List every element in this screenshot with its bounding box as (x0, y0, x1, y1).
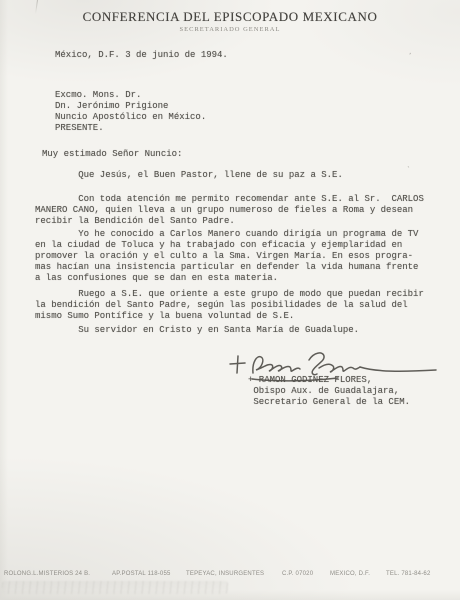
signature-typed-block: + RAMON GODINEZ FLORES, Obispo Aux. de G… (248, 375, 410, 408)
closing-line: Su servidor en Cristo y en Santa María d… (35, 325, 359, 336)
footer-address: ROLONG.L.MISTERIOS 24 B. (4, 571, 90, 577)
scanned-letter-page: { "page": { "paper_color": "#f4f3ef", "i… (0, 0, 460, 600)
recipient-address-block: Excmo. Mons. Dr. Dn. Jerónimo Prigione N… (55, 90, 206, 134)
footer-phone: TEL. 781-84-62 (386, 571, 431, 577)
footer-city: MEXICO, D.F. (330, 571, 370, 577)
body-paragraph-2: Con toda atención me permito recomendar … (35, 194, 424, 227)
body-paragraph-3: Yo he conocido a Carlos Manero cuando di… (35, 229, 418, 284)
letterhead-subtitle: SECRETARIADO GENERAL (0, 26, 460, 33)
date-line: México, D.F. 3 de junio de 1994. (55, 50, 228, 61)
letterhead-title: CONFERENCIA DEL EPISCOPADO MEXICANO (0, 9, 460, 25)
scan-speck: ʼ (409, 53, 411, 60)
footer-po-box: AP.POSTAL 118-055 (112, 571, 171, 577)
scan-speck: ` (407, 167, 411, 174)
salutation-line: Muy estimado Señor Nuncio: (42, 149, 182, 160)
footer-district: TEPEYAC, INSURGENTES (186, 571, 264, 577)
body-paragraph-1: Que Jesús, el Buen Pastor, llene de su p… (35, 170, 343, 181)
body-paragraph-4: Ruego a S.E. que oriente a este grupo de… (35, 289, 424, 322)
erased-pencil-smudge (2, 581, 228, 594)
footer-zip: C.P. 07020 (282, 571, 313, 577)
